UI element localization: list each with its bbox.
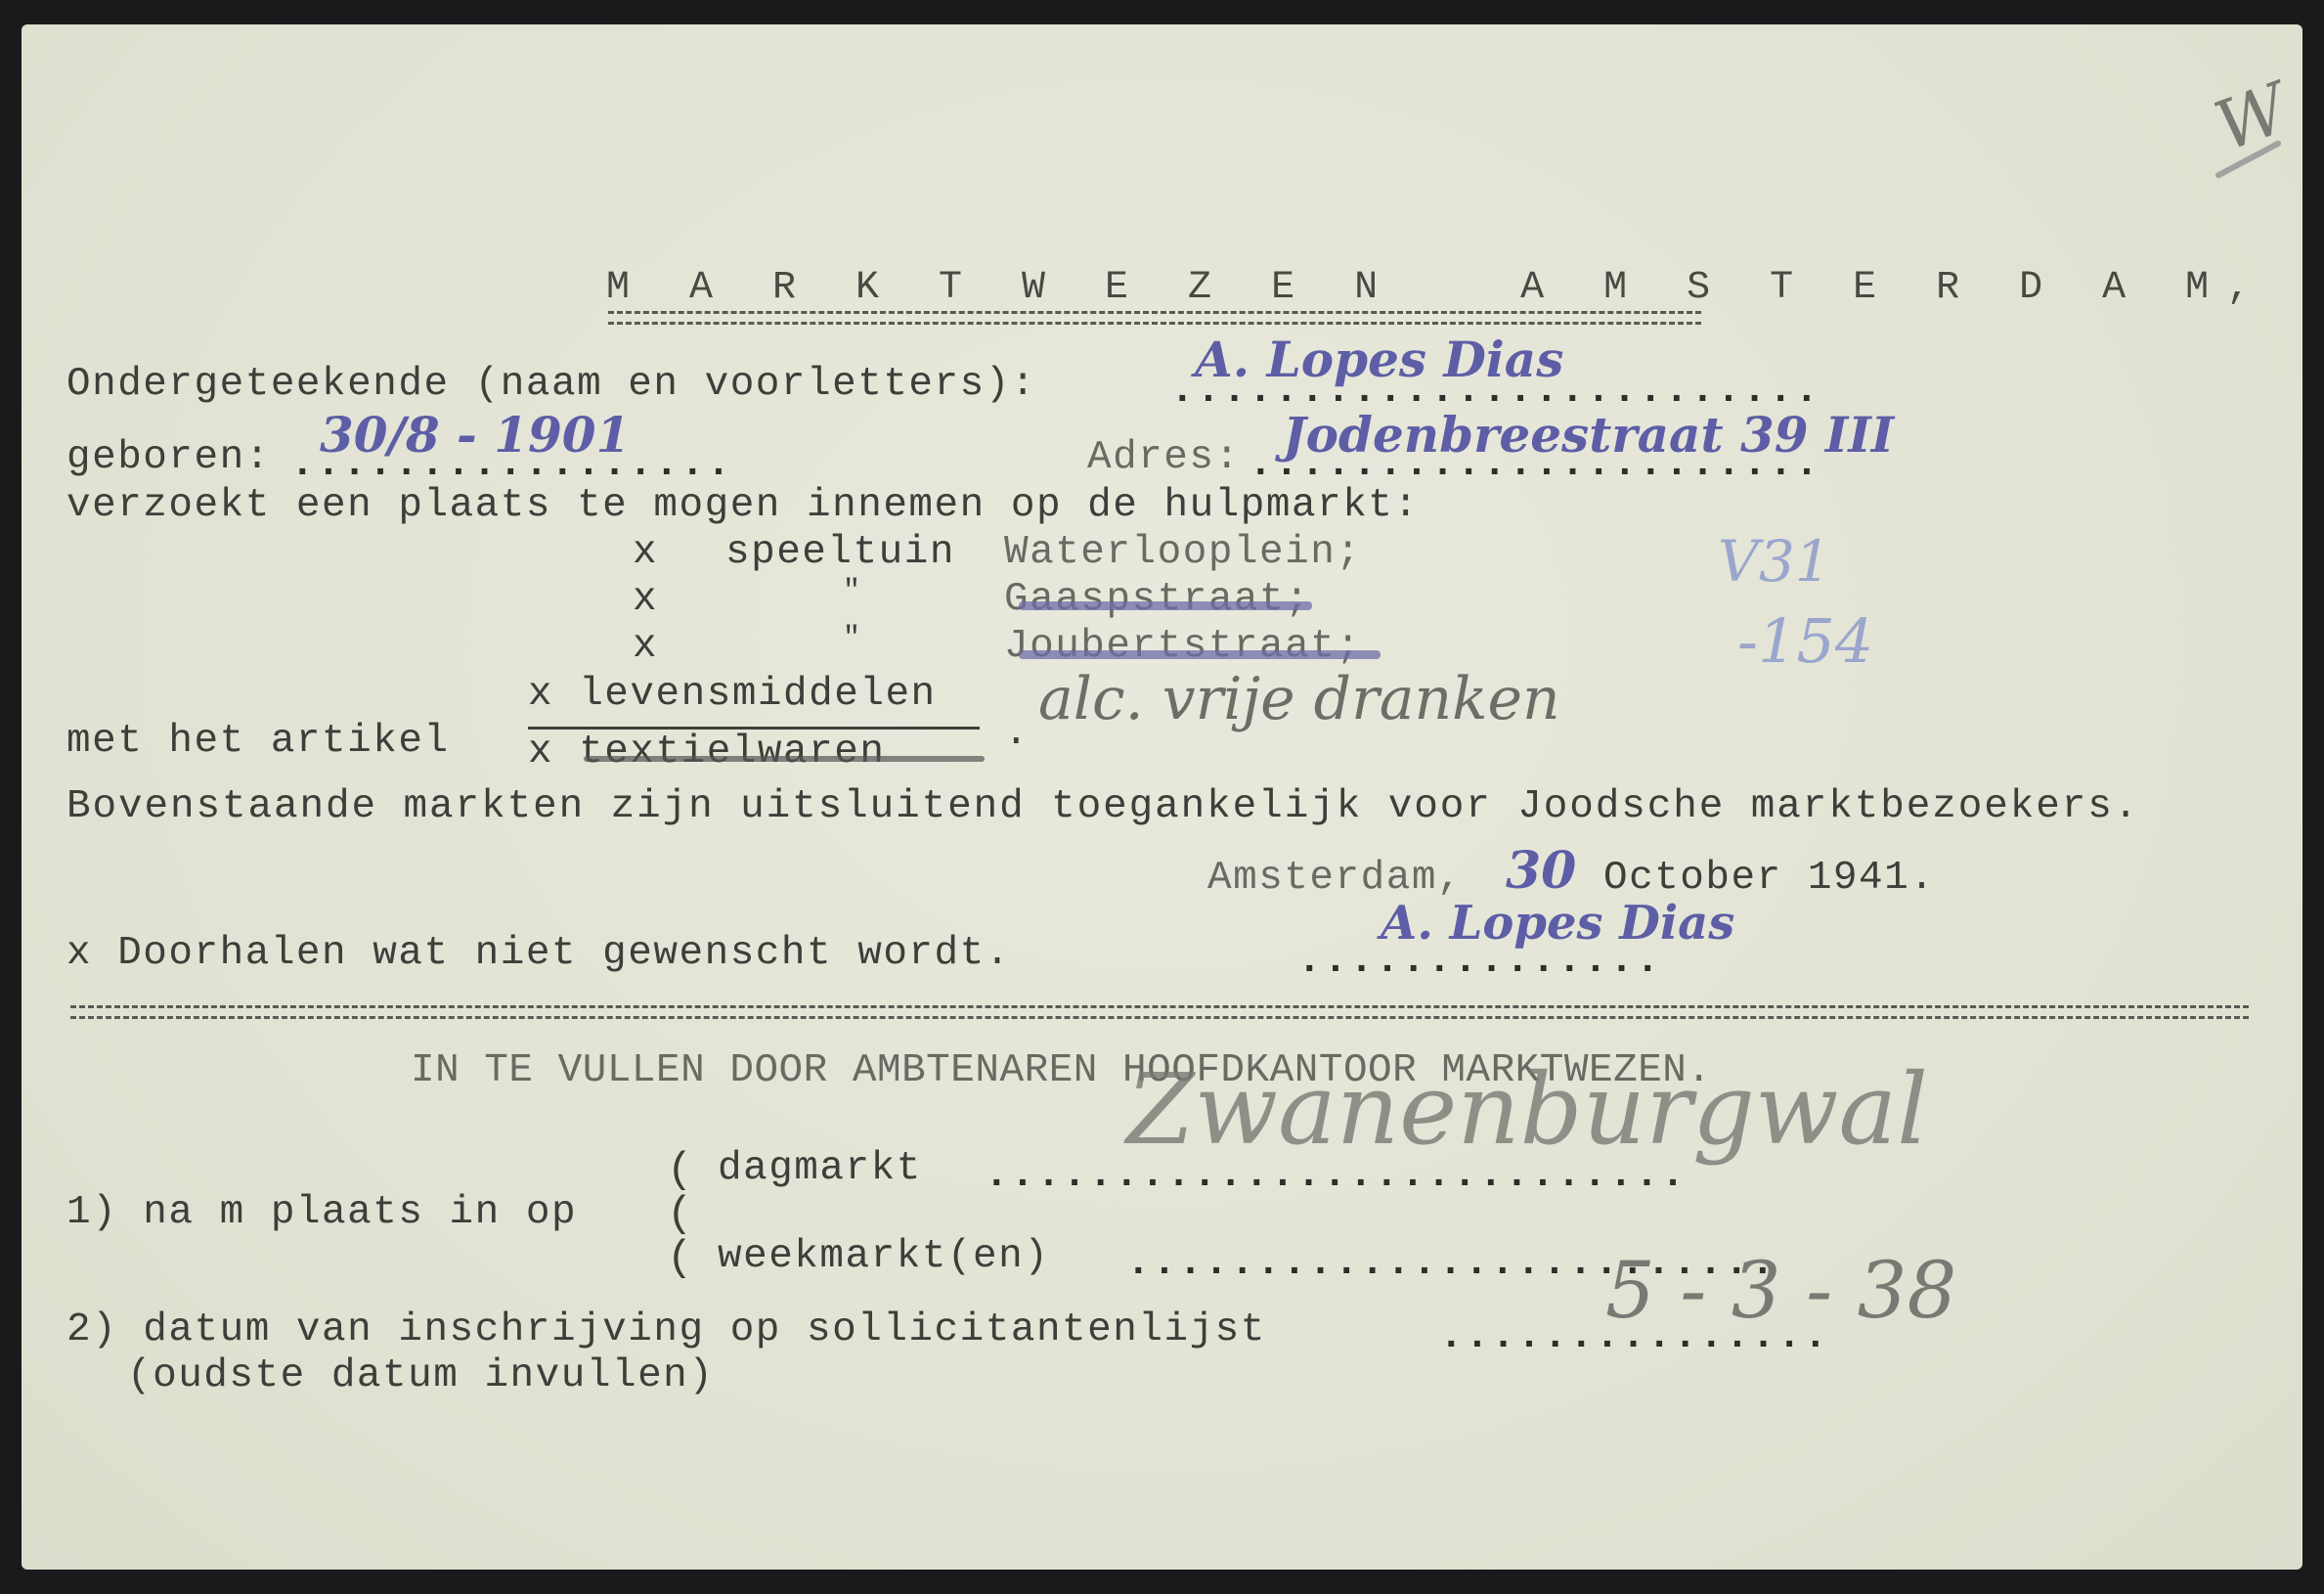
request-line: verzoekt een plaats te mogen innemen op …	[66, 486, 1420, 526]
name-value[interactable]: A. Lopes Dias	[1195, 335, 1563, 384]
article-option-textielwaren[interactable]: x textielwaren	[528, 732, 885, 773]
name-label: Ondergeteekende (naam en voorletters):	[66, 365, 1036, 405]
form-card: W M A R K T W E Z E N A M S T E R D A M,…	[22, 24, 2302, 1570]
address-value[interactable]: Jodenbreestraat 39 III	[1283, 411, 1894, 460]
born-value[interactable]: 30/8 - 1901	[320, 411, 630, 460]
corner-initials: W	[2207, 73, 2297, 161]
title-double-underline	[608, 311, 1701, 325]
item2-label: 2) datum van inschrijving op sollicitant…	[66, 1310, 1266, 1350]
footnote: x Doorhalen wat niet gewenscht wordt.	[66, 934, 1011, 974]
market-waterlooplein: Waterlooplein;	[1004, 533, 1361, 573]
article-handwritten[interactable]: alc. vrije dranken	[1038, 670, 1560, 729]
dagmarkt-dotted-line[interactable]: ...........................	[985, 1153, 1687, 1198]
dagmarkt-label: dagmarkt	[718, 1149, 922, 1189]
place-label: Amsterdam,	[1207, 859, 1463, 899]
market-joubertstraat: Joubertstraat;	[1004, 627, 1361, 667]
ditto-mark: "	[843, 577, 862, 606]
margin-note-line2: -154	[1737, 611, 1873, 672]
market-marker[interactable]: x	[633, 533, 658, 573]
article-period: .	[1004, 714, 1030, 754]
brace-middle: (	[667, 1193, 692, 1236]
item2-sub: (oudste datum invullen)	[127, 1356, 714, 1396]
brace-bottom: (	[667, 1237, 692, 1280]
ditto-mark: "	[843, 624, 862, 653]
form-title: M A R K T W E Z E N A M S T E R D A M,	[606, 269, 2268, 308]
born-label: geboren:	[66, 438, 271, 478]
strike-textielwaren	[584, 756, 985, 762]
item2-value[interactable]: 5 - 3 - 38	[1605, 1252, 1956, 1330]
date-day[interactable]: 30	[1506, 846, 1576, 897]
market-marker[interactable]: x	[633, 627, 658, 667]
weekmarkt-label: weekmarkt(en)	[718, 1237, 1049, 1277]
market-marker[interactable]: x	[633, 580, 658, 620]
strike-gaaspstraat	[1019, 601, 1312, 610]
market-prefix: speeltuin	[725, 533, 955, 573]
margin-note-line1: V31	[1718, 533, 1831, 590]
dagmarkt-value[interactable]: Zwanenburgwal	[1126, 1061, 1928, 1159]
article-option-levensmiddelen[interactable]: x levensmiddelen	[528, 675, 937, 715]
article-label: met het artikel	[66, 722, 450, 762]
market-gaaspstraat: Gaaspstraat;	[1004, 580, 1310, 620]
section-divider	[70, 1005, 2249, 1019]
signature[interactable]: A. Lopes Dias	[1381, 900, 1734, 947]
item1-label: 1) na m plaats in op	[66, 1193, 577, 1233]
notice-text: Bovenstaande markten zijn uitsluitend to…	[66, 787, 2139, 827]
strike-joubertstraat	[1019, 650, 1381, 659]
brace-top: (	[667, 1149, 692, 1192]
address-label: Adres:	[1087, 438, 1241, 478]
date-rest: October 1941.	[1603, 859, 1935, 899]
